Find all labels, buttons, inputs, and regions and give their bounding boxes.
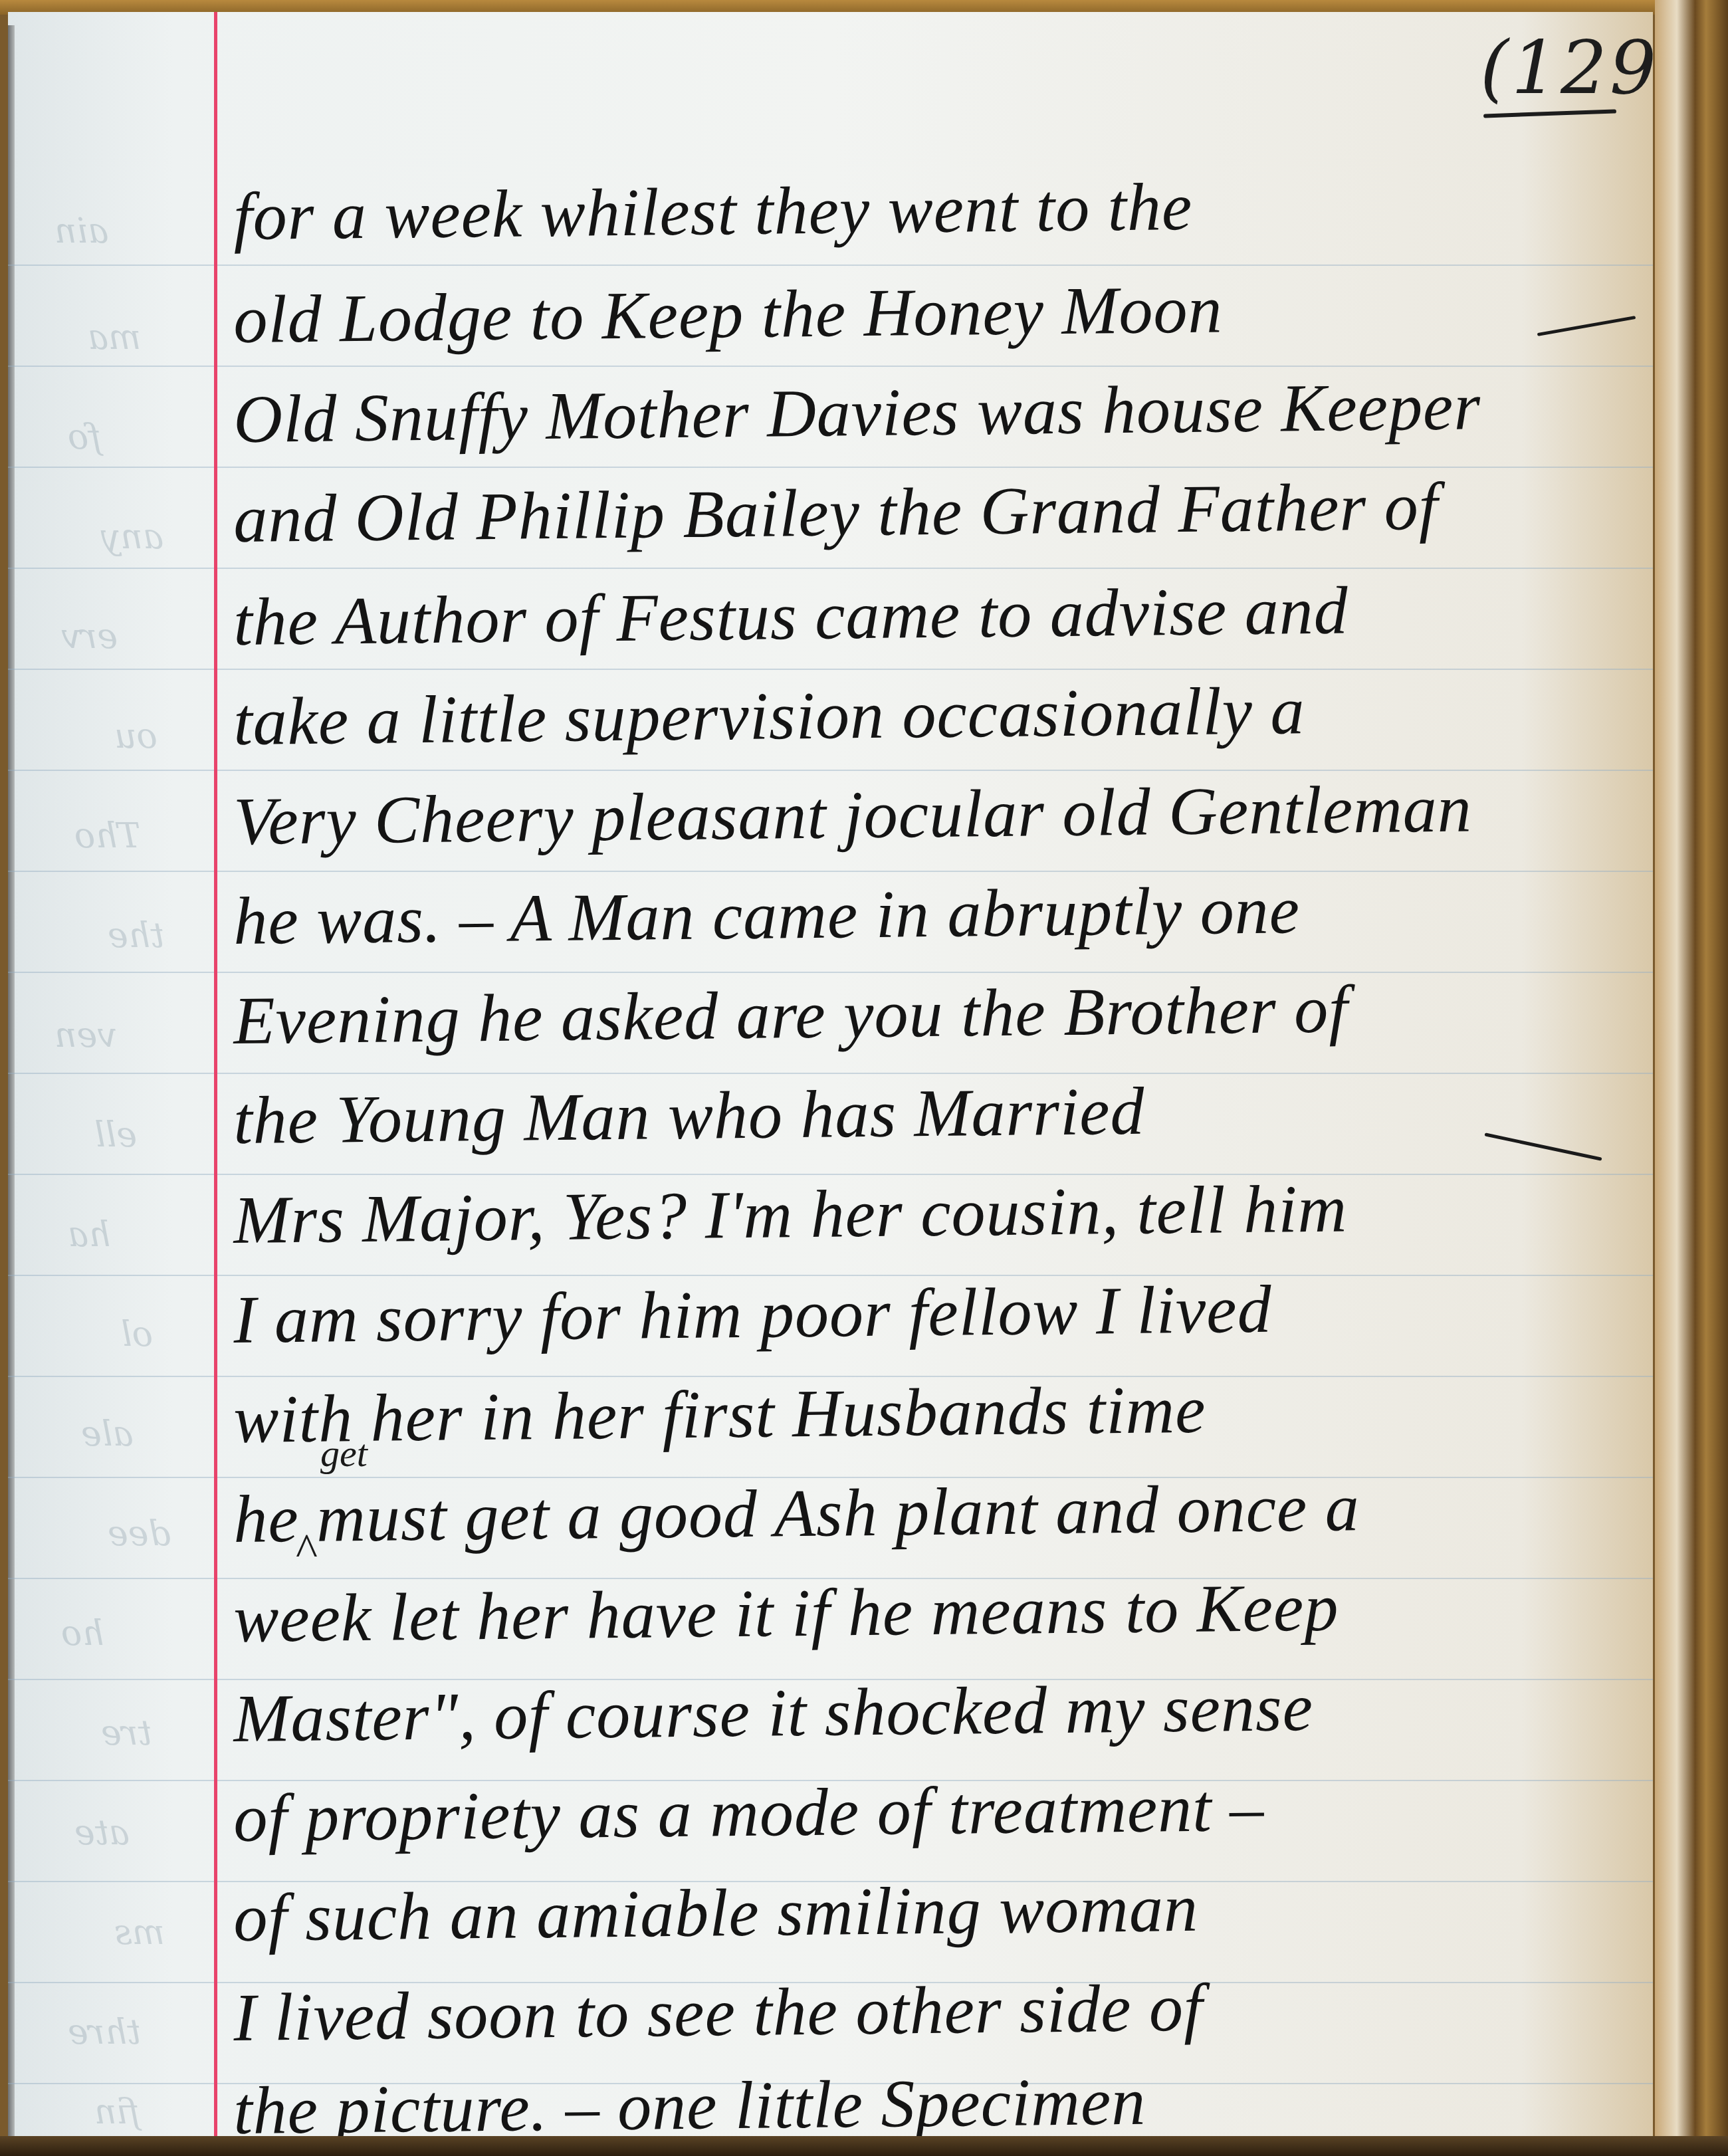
- handwritten-line: Master", of course it shocked my sense: [233, 1666, 1643, 1758]
- bleed-through-text: fin: [94, 2092, 140, 2132]
- handwritten-line: and Old Phillip Bailey the Grand Father …: [233, 466, 1643, 558]
- bleed-through-text: tre: [101, 1713, 152, 1753]
- bleed-through-text: thre: [68, 2012, 141, 2052]
- handwritten-line: with her in her first Husbands time: [233, 1366, 1643, 1459]
- handwritten-line: of such an amiable smiling woman: [233, 1865, 1643, 1957]
- page-edge-left: [8, 25, 15, 2139]
- ruled-line: [8, 366, 1653, 367]
- handwritten-line: the picture. – one little Specimen: [233, 2058, 1643, 2139]
- page-number-underline: [1483, 110, 1616, 118]
- notebook-page: ain ma fo any erv ou Tho the ven ell ha …: [8, 12, 1653, 2139]
- bleed-through-text: ale: [81, 1414, 133, 1454]
- book-binding-bottom: [0, 2136, 1728, 2156]
- bleed-through-text: ven: [54, 1016, 117, 1055]
- handwritten-line: Old Snuffy Mother Davies was house Keepe…: [233, 366, 1643, 459]
- bleed-through-text: Tho: [74, 816, 140, 856]
- bleed-through-text: ate: [74, 1813, 130, 1853]
- handwritten-line: old Lodge to Keep the Honey Moon: [233, 267, 1643, 359]
- bleed-through-text: ell: [94, 1115, 137, 1155]
- bleed-through-text: ma: [88, 318, 141, 358]
- book-binding-right: [1655, 0, 1728, 2156]
- handwritten-line: of propriety as a mode of treatment –: [233, 1765, 1643, 1858]
- bleed-through-text: any: [101, 517, 163, 557]
- bleed-through-text: ou: [114, 716, 158, 756]
- handwritten-line: I lived soon to see the other side of: [233, 1965, 1643, 2057]
- ruled-line: [8, 669, 1653, 670]
- ruled-line: [8, 265, 1653, 266]
- bleed-through-text: ms: [114, 1913, 165, 1953]
- bleed-through-text: ha: [68, 1215, 111, 1255]
- ruled-line: [8, 568, 1653, 569]
- handwritten-line: the Young Man who has Married: [233, 1067, 1643, 1160]
- bleed-through-text: the: [108, 916, 164, 956]
- inserted-word: get: [320, 1431, 368, 1475]
- handwritten-line: Very Cheery pleasant jocular old Gentlem…: [233, 768, 1643, 861]
- bleed-through-text: ol: [121, 1315, 153, 1354]
- handwritten-line: he was. – A Man came in abruptly one: [233, 868, 1643, 960]
- handwritten-line: the Author of Festus came to advise and: [233, 569, 1643, 661]
- handwritten-line: he must get a good Ash plant and once a: [233, 1466, 1643, 1559]
- handwritten-line: Evening he asked are you the Brother of: [233, 968, 1643, 1060]
- bleed-through-text: ho: [61, 1614, 104, 1654]
- handwritten-line: I am sorry for him poor fellow I lived: [233, 1267, 1643, 1359]
- red-margin-rule: [214, 12, 217, 2139]
- page-number: (129: [1480, 25, 1653, 110]
- bleed-through-text: dee: [108, 1514, 171, 1554]
- handwritten-line: take a little supervision occasionally a: [233, 669, 1643, 761]
- insertion-caret: ^: [296, 1524, 318, 1577]
- bleed-through-text: ain: [54, 211, 108, 251]
- bleed-through-text: fo: [68, 417, 102, 457]
- bleed-through-text: erv: [61, 617, 118, 657]
- handwritten-line: Mrs Major, Yes? I'm her cousin, tell him: [233, 1167, 1643, 1259]
- handwritten-line: week let her have it if he means to Keep: [233, 1566, 1643, 1658]
- handwritten-line: for a week whilest they went to the: [233, 163, 1643, 256]
